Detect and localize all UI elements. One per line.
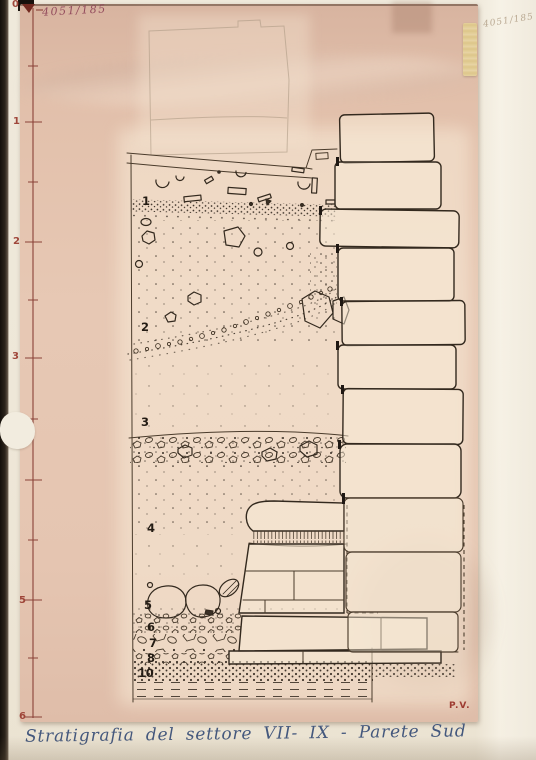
tape-fragment xyxy=(463,23,477,76)
pencil-block-outline xyxy=(149,20,289,155)
ruler-number-0: 0 xyxy=(12,0,19,10)
layer-number-1: 1 xyxy=(142,194,150,208)
layer-number-5: 5 xyxy=(144,598,152,612)
layer-number-8: 8 xyxy=(147,651,155,665)
layer-number-6: 6 xyxy=(147,620,155,634)
scale-ruler xyxy=(22,4,43,718)
scan-bottom-shadow xyxy=(0,736,536,760)
author-initials: P.V. xyxy=(449,701,471,711)
layer1-sherds xyxy=(156,167,335,206)
ruler-number-5: 5 xyxy=(19,595,26,606)
layer-number-4: 4 xyxy=(147,521,155,535)
layer3-pebble-band xyxy=(129,431,348,471)
ruler-number-1: 1 xyxy=(13,116,20,127)
section-drawing xyxy=(0,0,536,760)
ruler-number-2: 2 xyxy=(13,236,20,247)
layer-number-3: 3 xyxy=(141,415,149,429)
stratum-fill-1-2 xyxy=(131,199,349,345)
white-patch xyxy=(0,412,35,449)
layer-number-7: 7 xyxy=(149,636,157,650)
layer-number-2: 2 xyxy=(141,320,149,334)
ruler-number-6: 6 xyxy=(19,711,26,722)
scanned-page: 0 1 2 3 5 6 1 2 3 4 5 6 7 8 10 4051/185 … xyxy=(0,0,536,760)
layer-number-10: 10 xyxy=(138,666,153,680)
ruler-number-3: 3 xyxy=(12,351,19,362)
